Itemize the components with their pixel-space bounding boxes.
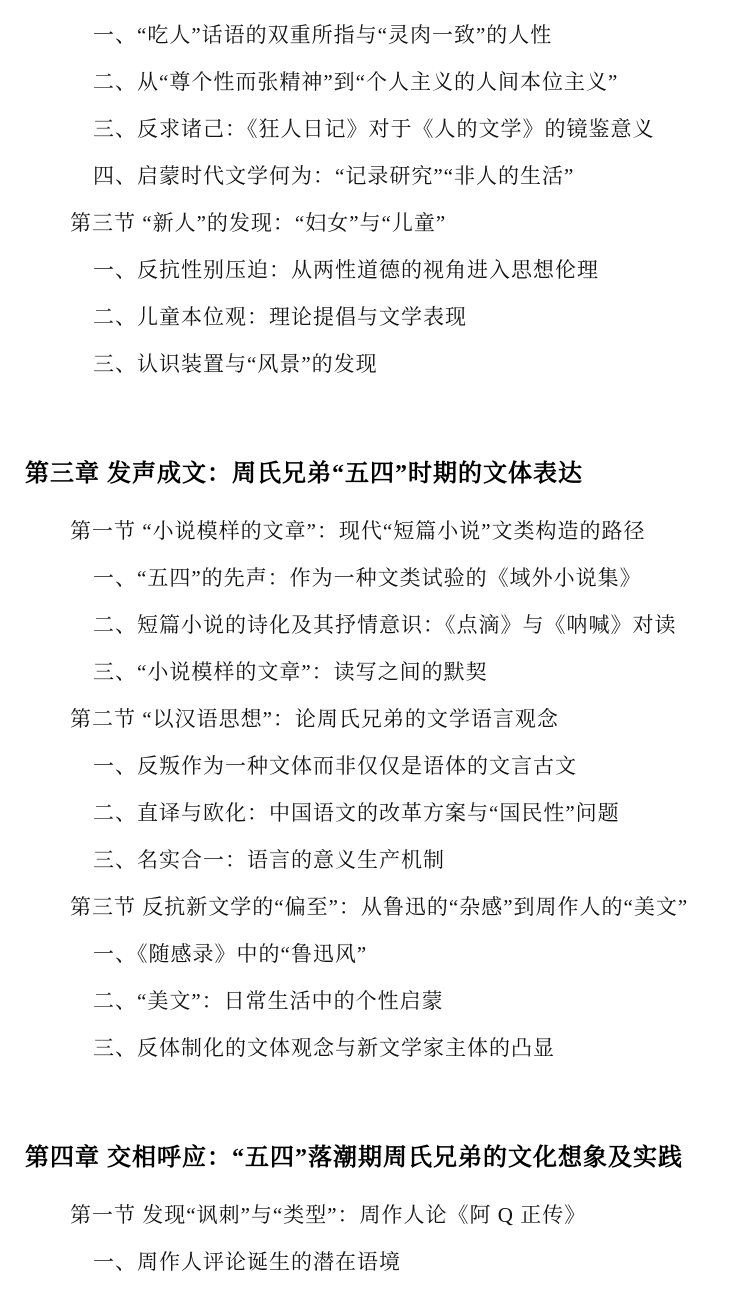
toc-item: 二、从“尊个性而张精神”到“个人主义的人间本位主义” bbox=[0, 57, 748, 104]
section-heading: 第一节 发现“讽刺”与“类型”：周作人论《阿 Q 正传》 bbox=[0, 1190, 748, 1237]
toc-item: 四、启蒙时代文学何为：“记录研究”“非人的生活” bbox=[0, 151, 748, 198]
toc-item: 二、“美文”：日常生活中的个性启蒙 bbox=[0, 976, 748, 1023]
toc-item: 一、反叛作为一种文体而非仅仅是语体的文言古文 bbox=[0, 741, 748, 788]
section-heading: 第三节 反抗新文学的“偏至”：从鲁迅的“杂感”到周作人的“美文” bbox=[0, 882, 748, 929]
toc-item: 三、名实合一：语言的意义生产机制 bbox=[0, 835, 748, 882]
section-heading: 第二节 “以汉语思想”：论周氏兄弟的文学语言观念 bbox=[0, 694, 748, 741]
toc-item: 一、反抗性别压迫：从两性道德的视角进入思想伦理 bbox=[0, 245, 748, 292]
toc-item: 一、《随感录》中的“鲁迅风” bbox=[0, 929, 748, 976]
toc-list: 一、“吃人”话语的双重所指与“灵肉一致”的人性二、从“尊个性而张精神”到“个人主… bbox=[0, 10, 748, 1284]
toc-item: 三、“小说模样的文章”：读写之间的默契 bbox=[0, 647, 748, 694]
document-page: 一、“吃人”话语的双重所指与“灵肉一致”的人性二、从“尊个性而张精神”到“个人主… bbox=[0, 0, 748, 1299]
toc-item: 二、短篇小说的诗化及其抒情意识：《点滴》与《呐喊》对读 bbox=[0, 600, 748, 647]
toc-item: 三、认识装置与“风景”的发现 bbox=[0, 339, 748, 386]
toc-item: 二、儿童本位观：理论提倡与文学表现 bbox=[0, 292, 748, 339]
toc-item: 一、周作人评论诞生的潜在语境 bbox=[0, 1237, 748, 1284]
chapter-heading: 第四章 交相呼应：“五四”落潮期周氏兄弟的文化想象及实践 bbox=[0, 1126, 748, 1182]
toc-item: 一、“吃人”话语的双重所指与“灵肉一致”的人性 bbox=[0, 10, 748, 57]
section-heading: 第三节 “新人”的发现：“妇女”与“儿童” bbox=[0, 198, 748, 245]
chapter-heading: 第三章 发声成文：周氏兄弟“五四”时期的文体表达 bbox=[0, 442, 748, 498]
toc-item: 三、反体制化的文体观念与新文学家主体的凸显 bbox=[0, 1023, 748, 1070]
toc-item: 一、“五四”的先声：作为一种文类试验的《域外小说集》 bbox=[0, 553, 748, 600]
toc-item: 三、反求诸己：《狂人日记》对于《人的文学》的镜鉴意义 bbox=[0, 104, 748, 151]
section-heading: 第一节 “小说模样的文章”：现代“短篇小说”文类构造的路径 bbox=[0, 506, 748, 553]
toc-item: 二、直译与欧化：中国语文的改革方案与“国民性”问题 bbox=[0, 788, 748, 835]
